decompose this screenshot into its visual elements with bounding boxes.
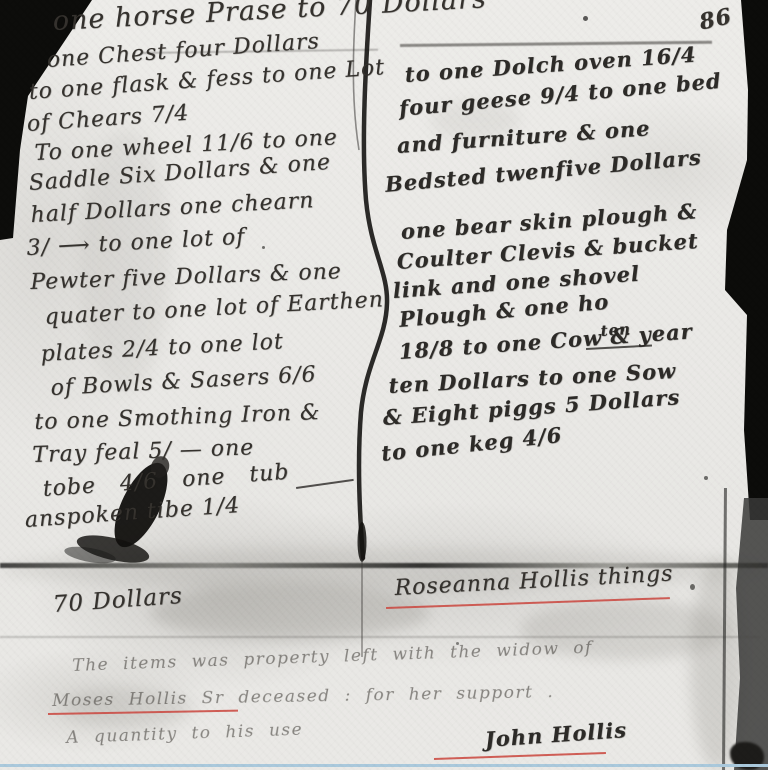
signature: John Hollis xyxy=(484,717,628,752)
ink-speck xyxy=(690,584,695,590)
vertical-fold-center-bottom xyxy=(361,562,363,657)
viewer-bottom-border xyxy=(0,764,768,767)
inventory-line: to one keg 4/6 xyxy=(380,422,563,466)
note-line: The items was property left with the wid… xyxy=(72,638,593,676)
inventory-line: half Dollars one chearn xyxy=(30,188,315,228)
inventory-line: of Bowls & Sasers 6/6 xyxy=(50,362,317,401)
inventory-line: 3/ ⟶ to one lot of xyxy=(26,225,246,261)
vertical-fold-right xyxy=(722,488,727,770)
ink-speck xyxy=(704,476,708,480)
inventory-line: of Chears 7/4 xyxy=(26,101,190,137)
scanned-document-page: 86 one horse Prase to 70 Dollars one Che… xyxy=(0,0,768,770)
inventory-line: Pewter five Dollars & one xyxy=(30,259,342,295)
note-line: A quantity to his use xyxy=(66,720,303,748)
scan-edge-right-lower xyxy=(734,498,768,770)
red-underline-john xyxy=(434,752,606,760)
page-corner-mark: 86 xyxy=(697,3,734,35)
inventory-line: to one Smothing Iron & xyxy=(34,400,321,435)
crease-end-thickening xyxy=(358,522,367,562)
total-amount: 70 Dollars xyxy=(52,583,184,618)
note-line: Moses Hollis Sr deceased : for her suppo… xyxy=(52,682,554,711)
inventory-line: Tray feal 5/ — one xyxy=(32,435,255,468)
inventory-line: quater to one lot of Earthen xyxy=(44,287,384,330)
scan-edge-right xyxy=(720,0,768,520)
paper-smudge xyxy=(150,585,430,640)
ink-speck xyxy=(262,246,265,249)
paper-smudge xyxy=(690,560,745,770)
interlinear-insertion: ten xyxy=(600,320,632,340)
center-tear-crease xyxy=(359,0,387,558)
ink-speck xyxy=(583,16,588,21)
horizontal-fold-faint xyxy=(0,636,760,638)
inventory-line: plates 2/4 to one lot xyxy=(40,329,284,367)
strikethrough-mark xyxy=(296,479,354,489)
